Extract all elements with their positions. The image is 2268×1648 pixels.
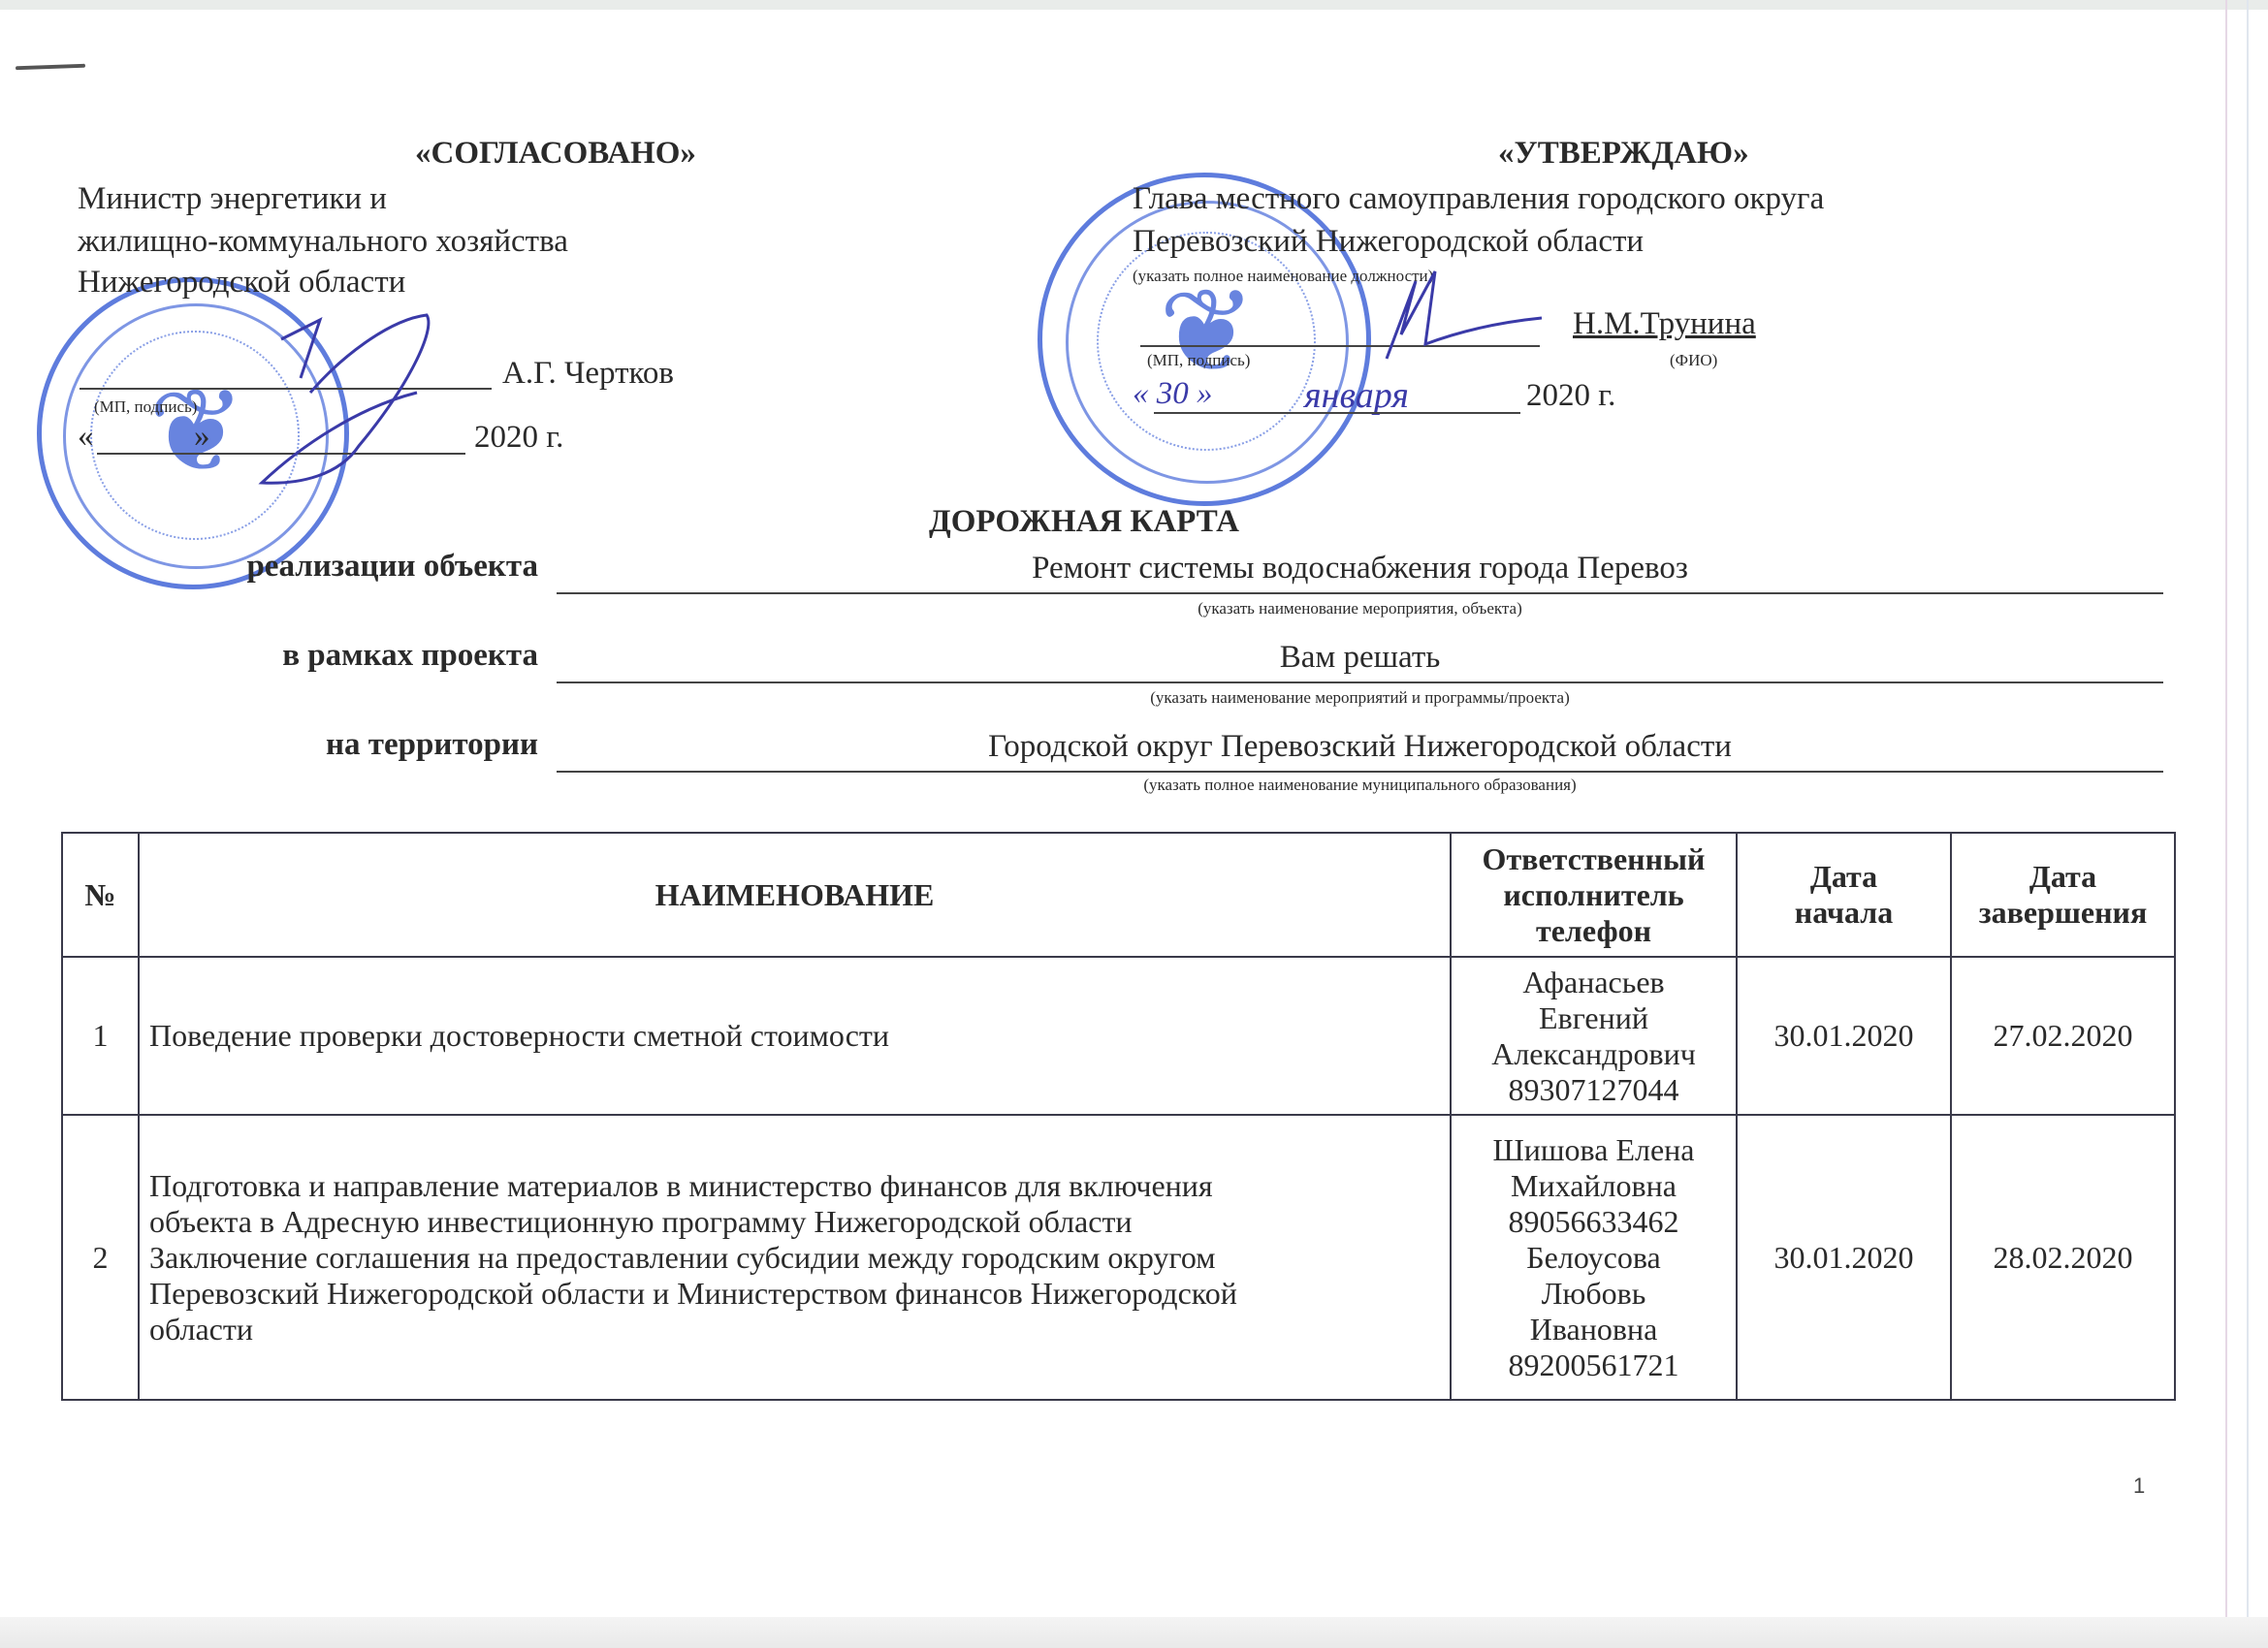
date-line: [1154, 412, 1520, 414]
field-caption: (указать наименование мероприятия, объек…: [557, 599, 2163, 618]
row-num: 1: [62, 957, 139, 1115]
signature-right: [1358, 262, 1551, 368]
table-row: 2 Подготовка и направление материалов в …: [62, 1115, 2175, 1400]
approve-position-line: Перевозский Нижегородской области: [1133, 224, 1644, 260]
signature-caption: (МП, подпись): [94, 397, 197, 417]
approve-date-month: января: [1304, 374, 1409, 417]
roadmap-table: № НАИМЕНОВАНИЕ Ответственный исполнитель…: [61, 832, 2176, 1401]
field-value: Вам решать: [557, 640, 2163, 676]
row-end-date: 28.02.2020: [1951, 1115, 2175, 1400]
page-edge-line: [2225, 0, 2227, 1648]
field-underline: [557, 592, 2163, 594]
page-edge-line: [2247, 0, 2249, 1648]
agreed-date-year: 2020 г.: [474, 420, 563, 456]
scan-top-edge: [0, 0, 2268, 10]
page-number: 1: [2133, 1474, 2145, 1499]
approve-position-line: Глава местного самоуправления городского…: [1133, 181, 1824, 217]
approve-date-year: 2020 г.: [1526, 378, 1615, 414]
row-end-date: 27.02.2020: [1951, 957, 2175, 1115]
row-responsible: Афанасьев Евгений Александрович 89307127…: [1451, 957, 1737, 1115]
row-responsible: Шишова Елена Михайловна 89056633462 Бело…: [1451, 1115, 1737, 1400]
header-end-date: Дата завершения: [1951, 833, 2175, 957]
field-underline: [557, 681, 2163, 683]
approve-date-day: « 30 »: [1133, 376, 1213, 412]
header-num: №: [62, 833, 139, 957]
row-start-date: 30.01.2020: [1737, 1115, 1951, 1400]
field-value: Ремонт системы водоснабжения города Пере…: [557, 551, 2163, 586]
row-num: 2: [62, 1115, 139, 1400]
scan-mark: [16, 64, 85, 71]
agreed-position-line: Министр энергетики и: [78, 181, 387, 217]
field-underline: [557, 771, 2163, 773]
scan-bottom-edge: [0, 1617, 2268, 1648]
date-open-quote: «: [78, 419, 94, 455]
field-label: реализации объекта: [246, 549, 538, 585]
field-value: Городской округ Перевозский Нижегородско…: [557, 729, 2163, 765]
row-name: Подготовка и направление материалов в ми…: [139, 1115, 1451, 1400]
approve-heading: «УТВЕРЖДАЮ»: [1498, 136, 1749, 172]
field-label: на территории: [326, 727, 538, 763]
signer-caption: (ФИО): [1670, 351, 1717, 370]
row-start-date: 30.01.2020: [1737, 957, 1951, 1115]
header-responsible: Ответственный исполнитель телефон: [1451, 833, 1737, 957]
agreed-heading: «СОГЛАСОВАНО»: [415, 136, 696, 172]
agreed-position-line: Нижегородской области: [78, 265, 405, 301]
signature-left: [242, 301, 465, 494]
document-title: ДОРОЖНАЯ КАРТА: [929, 504, 1239, 540]
date-close-quote: »: [194, 419, 210, 455]
header-name: НАИМЕНОВАНИЕ: [139, 833, 1451, 957]
field-label: в рамках проекта: [282, 638, 538, 674]
table-header-row: № НАИМЕНОВАНИЕ Ответственный исполнитель…: [62, 833, 2175, 957]
agreed-position-line: жилищно-коммунального хозяйства: [78, 224, 568, 260]
header-start-date: Дата начала: [1737, 833, 1951, 957]
signature-caption: (МП, подпись): [1147, 351, 1250, 370]
field-caption: (указать полное наименование муниципальн…: [557, 776, 2163, 795]
approve-signer-name: Н.М.Трунина: [1573, 306, 1756, 342]
official-stamp-right: ❦: [1038, 173, 1371, 506]
agreed-signer-name: А.Г. Чертков: [502, 356, 674, 392]
field-caption: (указать наименование мероприятий и прог…: [557, 688, 2163, 708]
table-row: 1 Поведение проверки достоверности сметн…: [62, 957, 2175, 1115]
row-name: Поведение проверки достоверности сметной…: [139, 957, 1451, 1115]
